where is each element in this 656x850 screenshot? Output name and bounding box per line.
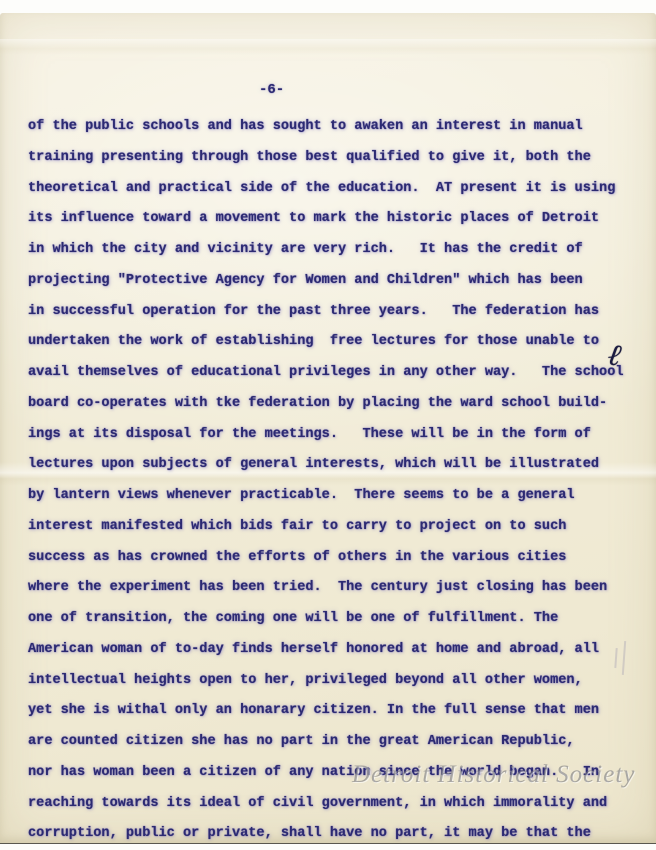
watermark: Detroit Historical Society (352, 759, 635, 791)
text-line: reaching towards its ideal of civil gove… (28, 789, 648, 820)
text-line: ings at its disposal for the meetings. T… (28, 420, 648, 451)
text-line: interest manifested which bids fair to c… (28, 512, 648, 543)
text-line: projecting "Protective Agency for Women … (28, 266, 648, 297)
text-line: one of transition, the coming one will b… (28, 604, 648, 635)
text-line: undertaken the work of establishing free… (28, 327, 648, 358)
text-line: in successful operation for the past thr… (28, 297, 648, 328)
text-line: avail themselves of educational privileg… (28, 358, 648, 389)
text-line: lectures upon subjects of general intere… (28, 450, 648, 481)
text-line: board co-operates with tke federation by… (28, 389, 648, 420)
text-line: training presenting through those best q… (28, 143, 648, 174)
document-page: -6- of the public schools and has sought… (0, 13, 656, 845)
text-line: in which the city and vicinity are very … (28, 235, 648, 266)
text-line: of the public schools and has sought to … (28, 112, 648, 143)
typed-text-block: of the public schools and has sought to … (28, 112, 648, 850)
page-number: -6- (259, 81, 284, 99)
text-line: intellectual heights open to her, privil… (28, 666, 648, 697)
text-line: American woman of to-day finds herself h… (28, 635, 648, 666)
text-line: where the experiment has been tried. The… (28, 573, 648, 604)
scanned-document: -6- of the public schools and has sought… (0, 0, 656, 850)
text-line: success as has crowned the efforts of ot… (28, 543, 648, 574)
text-line: its influence toward a movement to mark … (28, 204, 648, 235)
paper-crease-top (0, 39, 656, 55)
text-line: are counted citizen she has no part in t… (28, 727, 648, 758)
text-line: yet she is withal only an honarary citiz… (28, 696, 648, 727)
text-line: by lantern views whenever practicable. T… (28, 481, 648, 512)
scan-bottom-edge (0, 844, 656, 850)
text-line: theoretical and practical side of the ed… (28, 174, 648, 205)
